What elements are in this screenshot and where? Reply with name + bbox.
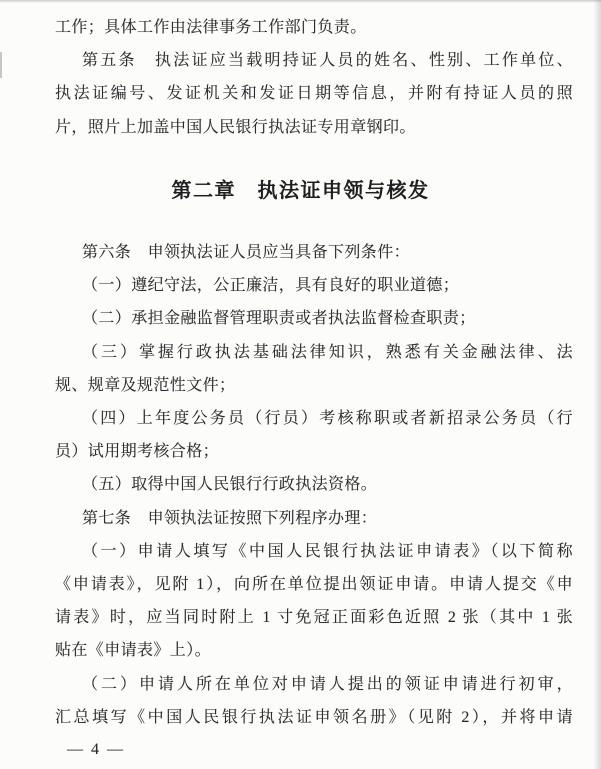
scan-edge-top	[0, 0, 601, 3]
body-text-line: 贴在《申请表》上）。	[55, 634, 573, 667]
chapter-heading: 第二章 执法证申领与核发	[0, 174, 601, 203]
body-text-line: 第六条 申领执法证人员应当具备下列条件：	[55, 236, 573, 269]
body-text-line: 片，照片上加盖中国人民银行执法证专用章钢印。	[55, 111, 573, 144]
scan-edge-right	[593, 0, 601, 769]
body-text-line: 工作；具体工作由法律事务工作部门负责。	[55, 11, 573, 44]
body-text-line: 《申请表》，见附 1），向所在单位提出领证申请。申请人提交《申	[55, 568, 573, 601]
body-text-line: （一）申请人填写《中国人民银行执法证申请表》（以下简称	[55, 535, 573, 568]
body-text-line: （二）承担金融监督管理职责或者执法监督检查职责；	[55, 302, 573, 335]
page-number: — 4 —	[67, 741, 125, 759]
document-page: 工作；具体工作由法律事务工作部门负责。第五条 执法证应当载明持证人员的姓名、性别…	[0, 0, 601, 769]
paragraph-block-main: 第六条 申领执法证人员应当具备下列条件：（一）遵纪守法，公正廉洁，具有良好的职业…	[55, 236, 573, 734]
body-text-line: （五）取得中国人民银行行政执法资格。	[55, 468, 573, 501]
body-text-line: 第七条 申领执法证按照下列程序办理：	[55, 502, 573, 535]
body-text-line: （一）遵纪守法，公正廉洁，具有良好的职业道德；	[55, 269, 573, 302]
body-text-line: 请表》时，应当同时附上 1 寸免冠正面彩色近照 2 张（其中 1 张	[55, 601, 573, 634]
body-text-line: （三）掌握行政执法基础法律知识，熟悉有关金融法律、法	[55, 336, 573, 369]
body-text-line: 员）试用期考核合格；	[55, 435, 573, 468]
body-text-line: 执法证编号、发证机关和发证日期等信息，并附有持证人员的照	[55, 77, 573, 110]
scan-artifact-left	[0, 52, 2, 78]
body-text-line: 规、规章及规范性文件；	[55, 369, 573, 402]
body-text-line: 第五条 执法证应当载明持证人员的姓名、性别、工作单位、	[55, 44, 573, 77]
body-text-line: 汇总填写《中国人民银行执法证申领名册》（见附 2），并将申请	[55, 701, 573, 734]
body-text-line: （四）上年度公务员（行员）考核称职或者新招录公务员（行	[55, 402, 573, 435]
paragraph-block-top: 工作；具体工作由法律事务工作部门负责。第五条 执法证应当载明持证人员的姓名、性别…	[55, 11, 573, 144]
body-text-line: （二）申请人所在单位对申请人提出的领证申请进行初审，	[55, 668, 573, 701]
